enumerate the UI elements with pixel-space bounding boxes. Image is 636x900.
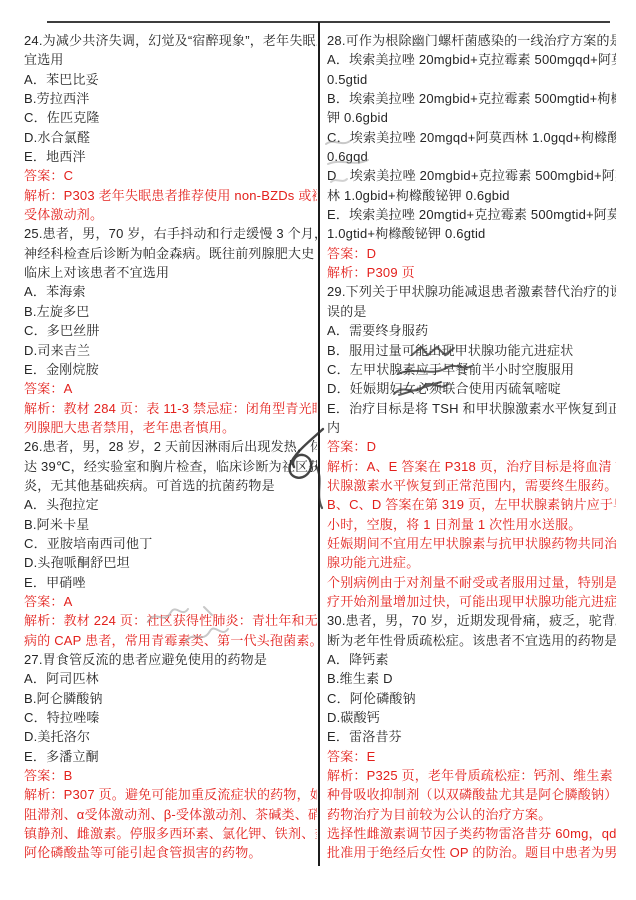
option-line: B.阿米卡星: [24, 515, 317, 534]
question-30: 30.患者，男，70 岁，近期发现骨痛，疲乏，驼背。临床诊断为老年性骨质疏松症。…: [327, 611, 616, 862]
analysis-line: 镇静剂、雌激素。停服多西环素、氯化钾、铁剂、奎尼丁、: [24, 824, 317, 843]
option-line: D.美托洛尔: [24, 727, 317, 746]
question-24: 24.为减少共济失调，幻觉及“宿醉现象”，老年失眠患者宜选用A．苯巴比妥B.劳拉…: [24, 31, 317, 224]
column-right: 28.可作为根除幽门螺杆菌感染的一线治疗方案的是A．埃索美拉唑 20mgbid+…: [327, 31, 616, 863]
analysis-line: 状腺激素水平恢复到正常范围内，需要终生服药。: [327, 476, 616, 495]
question-29: 29.下列关于甲状腺功能减退患者激素替代治疗的说法，错误的是A．需要终身服药B．…: [327, 282, 616, 611]
option-line: C．多巴丝肼: [24, 321, 317, 340]
analysis-line: 阿伦磷酸盐等可能引起食管损害的药物。: [24, 843, 317, 862]
option-line: C．埃索美拉唑 20mgqd+阿莫西林 1.0gqd+枸橼酸铋钾: [327, 128, 616, 147]
option-line: A．苯海索: [24, 282, 317, 301]
stem-line: 达 39℃，经实验室和胸片检查，临床诊断为社区获得性肺: [24, 457, 317, 476]
question-26: 26.患者，男，28 岁，2 天前因淋雨后出现发热，体温最高达 39℃，经实验室…: [24, 437, 317, 650]
stem-line: 26.患者，男，28 岁，2 天前因淋雨后出现发热，体温最高: [24, 437, 317, 456]
option-line: C．亚胺培南西司他丁: [24, 534, 317, 553]
stem-line: 24.为减少共济失调，幻觉及“宿醉现象”，老年失眠患者: [24, 31, 317, 50]
stem-line: 断为老年性骨质疏松症。该患者不宜选用的药物是: [327, 631, 616, 650]
analysis-line: 列腺肥大患者禁用，老年患者慎用。: [24, 418, 317, 437]
stem-line: 林 1.0gbid+枸橼酸铋钾 0.6gbid: [327, 186, 616, 205]
stem-line: 25.患者，男，70 岁，右手抖动和行走缓慢 3 个月，经过: [24, 224, 317, 243]
option-line: A．头孢拉定: [24, 495, 317, 514]
stem-line: 0.6gqd: [327, 147, 616, 166]
stem-line: 炎，无其他基础疾病。可首选的抗菌药物是: [24, 476, 317, 495]
analysis-line: 个别病例由于对剂量不耐受或者服用过量，特别是由于治: [327, 573, 616, 592]
option-line: D.碳酸钙: [327, 708, 616, 727]
option-line: C．左甲状腺素应于早餐前半小时空腹服用: [327, 360, 616, 379]
analysis-line: 解析：P303 老年失眠患者推荐使用 non-BZDs 或褪黑素: [24, 186, 317, 205]
stem-line: 临床上对该患者不宜选用: [24, 263, 317, 282]
stem-line: 宜选用: [24, 50, 317, 69]
analysis-line: 种骨吸收抑制剂（以双磷酸盐尤其是阿仑膦酸钠）的三联: [327, 785, 616, 804]
option-line: B.阿仑膦酸钠: [24, 689, 317, 708]
analysis-line: 药物治疗为目前较为公认的治疗方案。: [327, 805, 616, 824]
answer-line: 答案：D: [327, 244, 616, 263]
stem-line: 29.下列关于甲状腺功能减退患者激素替代治疗的说法，错: [327, 282, 616, 301]
analysis-line: 解析：P307 页。避免可能加重反流症状的药物，如钙通道: [24, 785, 317, 804]
answer-line: 答案：C: [24, 166, 317, 185]
option-line: C．佐匹克隆: [24, 108, 317, 127]
option-line: E．地西泮: [24, 147, 317, 166]
option-line: E．多潘立酮: [24, 747, 317, 766]
stem-line: 内: [327, 418, 616, 437]
stem-line: 1.0gtid+枸橼酸铋钾 0.6gtid: [327, 224, 616, 243]
option-line: E．甲硝唑: [24, 573, 317, 592]
option-line: B．服用过量可能出现甲状腺功能亢进症状: [327, 341, 616, 360]
option-line: D 埃索美拉唑 20mgbid+克拉霉素 500mgbid+阿莫西: [327, 166, 616, 185]
option-line: D.水合氯醛: [24, 128, 317, 147]
analysis-line: 解析：A、E 答案在 P318 页，治疗目标是将血清 TSH 和甲: [327, 457, 616, 476]
analysis-line: 妊娠期间不宜用左甲状腺素与抗甲状腺药物共同治疗甲状: [327, 534, 616, 553]
answer-line: 答案：E: [327, 747, 616, 766]
stem-line: 误的是: [327, 302, 616, 321]
stem-line: 28.可作为根除幽门螺杆菌感染的一线治疗方案的是: [327, 31, 616, 50]
stem-line: 神经科检查后诊断为帕金森病。既往前列腺肥大史 3 年，: [24, 244, 317, 263]
option-line: B．埃索美拉唑 20mgbid+克拉霉素 500mgtid+枸橼酸铋: [327, 89, 616, 108]
option-line: A．苯巴比妥: [24, 70, 317, 89]
analysis-line: 选择性雌激素调节因子类药物雷洛昔芬 60mg，qd 已经被: [327, 824, 616, 843]
option-line: A．需要终身服药: [327, 321, 616, 340]
analysis-line: 腺功能亢进症。: [327, 553, 616, 572]
analysis-line: 解析：教材 284 页：表 11-3 禁忌症：闭角型青光眼及前: [24, 399, 317, 418]
analysis-line: 病的 CAP 患者，常用青霉素类、第一代头孢菌素。: [24, 631, 317, 650]
analysis-line: 解析：教材 224 页：社区获得性肺炎：青壮年和无基础疾: [24, 611, 317, 630]
analysis-line: 受体激动剂。: [24, 205, 317, 224]
stem-line: 30.患者，男，70 岁，近期发现骨痛，疲乏，驼背。临床诊: [327, 611, 616, 630]
answer-line: 答案：B: [24, 766, 317, 785]
option-line: B.劳拉西泮: [24, 89, 317, 108]
question-27: 27.胃食管反流的患者应避免使用的药物是A．阿司匹林B.阿仑膦酸钠C．特拉唑嗪D…: [24, 650, 317, 863]
column-divider-line: [318, 22, 320, 866]
option-line: E．埃索美拉唑 20mgtid+克拉霉素 500mgtid+阿莫西林: [327, 205, 616, 224]
analysis-line: 解析：P309 页: [327, 263, 616, 282]
analysis-line: 疗开始剂量增加过快，可能出现甲状腺功能亢进症状。: [327, 592, 616, 611]
option-line: D.头孢哌酮舒巴坦: [24, 553, 317, 572]
option-line: C．阿伦磷酸钠: [327, 689, 616, 708]
option-line: D．妊娠期妇女必须联合使用丙硫氧嘧啶: [327, 379, 616, 398]
stem-line: 27.胃食管反流的患者应避免使用的药物是: [24, 650, 317, 669]
option-line: B.左旋多巴: [24, 302, 317, 321]
option-line: D.司来吉兰: [24, 341, 317, 360]
option-line: C．特拉唑嗪: [24, 708, 317, 727]
exam-document-page: 24.为减少共济失调，幻觉及“宿醉现象”，老年失眠患者宜选用A．苯巴比妥B.劳拉…: [0, 0, 636, 900]
option-line: E．雷洛昔芬: [327, 727, 616, 746]
column-left: 24.为减少共济失调，幻觉及“宿醉现象”，老年失眠患者宜选用A．苯巴比妥B.劳拉…: [24, 31, 317, 863]
option-line: E．金刚烷胺: [24, 360, 317, 379]
option-line: A．阿司匹林: [24, 669, 317, 688]
option-line: B.维生素 D: [327, 669, 616, 688]
analysis-line: 小时，空腹，将 1 日剂量 1 次性用水送服。: [327, 515, 616, 534]
option-line: A．降钙素: [327, 650, 616, 669]
stem-line: 0.5gtid: [327, 70, 616, 89]
option-line: E．治疗目标是将 TSH 和甲状腺激素水平恢复到正常范围: [327, 399, 616, 418]
analysis-line: 批准用于绝经后女性 OP 的防治。题目中患者为男性: [327, 843, 616, 862]
question-28: 28.可作为根除幽门螺杆菌感染的一线治疗方案的是A．埃索美拉唑 20mgbid+…: [327, 31, 616, 282]
answer-line: 答案：A: [24, 592, 317, 611]
answer-line: 答案：A: [24, 379, 317, 398]
stem-line: 钾 0.6gbid: [327, 108, 616, 127]
top-horizontal-rule: [47, 21, 610, 23]
analysis-line: 阻滞剂、α受体激动剂、β-受体激动剂、茶碱类、硝酸盐、: [24, 805, 317, 824]
answer-line: 答案：D: [327, 437, 616, 456]
question-25: 25.患者，男，70 岁，右手抖动和行走缓慢 3 个月，经过神经科检查后诊断为帕…: [24, 224, 317, 437]
analysis-line: 解析：P325 页，老年骨质疏松症：钙剂、维生素 D 和一: [327, 766, 616, 785]
option-line: A．埃索美拉唑 20mgbid+克拉霉素 500mgqd+阿莫西林: [327, 50, 616, 69]
analysis-line: B、C、D 答案在第 319 页，左甲状腺素钠片应于早餐前半: [327, 495, 616, 514]
